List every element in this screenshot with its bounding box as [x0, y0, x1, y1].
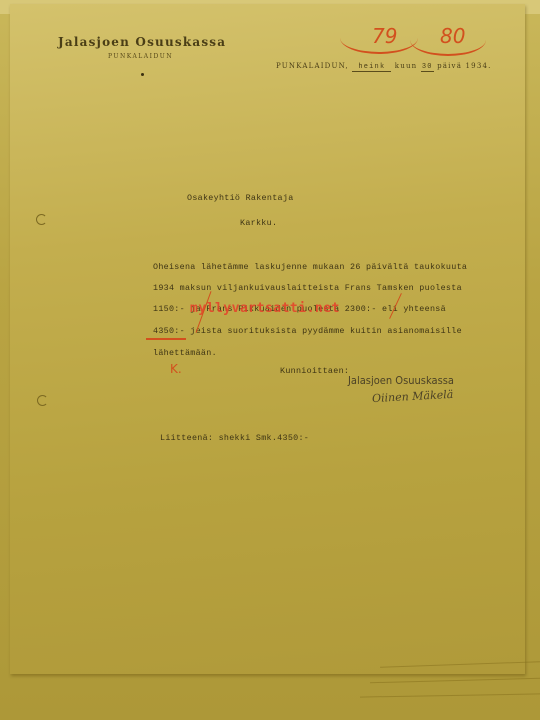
recipient-name: Osakeyhtiö Rakentaja — [187, 193, 294, 203]
body-line-1: Oheisena lähetämme laskujenne mukaan 26 … — [153, 262, 467, 272]
dateline-year: 4. — [482, 62, 491, 70]
annotation-arc-left — [340, 22, 418, 54]
dateline-kuun: kuun — [395, 62, 418, 70]
annotation-check-mark: K. — [170, 362, 182, 376]
dateline-day: 30 — [421, 63, 434, 72]
body-line-2: 1934 maksun viljankuivauslaitteista Fran… — [153, 283, 462, 293]
watermark: myllyvartsatti.net — [190, 301, 340, 316]
letterhead-dot — [141, 73, 144, 76]
dateline-paiva: päivä 193 — [437, 62, 482, 70]
dateline-place: PUNKALAIDUN, — [276, 62, 349, 70]
recipient-city: Karkku. — [240, 218, 277, 228]
dateline-month: heink — [352, 63, 391, 72]
dateline: PUNKALAIDUN, heink kuun 30 päivä 1934. — [276, 62, 492, 71]
letter-page — [10, 4, 525, 674]
body-line-4: 4350:- jeista suorituksista pyydämme kui… — [153, 326, 462, 336]
enclosure-line: Liitteenä: shekki Smk.4350:- — [160, 433, 309, 443]
punch-hole — [37, 395, 48, 406]
letterhead-organization: Jalasjoen Osuuskassa — [58, 35, 226, 49]
punch-hole — [36, 214, 47, 225]
annotation-underline — [146, 338, 186, 340]
annotation-arc-right — [410, 24, 486, 56]
closing-greeting: Kunnioittaen: — [280, 366, 349, 376]
signature-organization: Jalasjoen Osuuskassa — [348, 374, 454, 387]
body-line-5: lähettämään. — [153, 348, 217, 358]
letterhead-city: PUNKALAIDUN — [108, 53, 173, 60]
